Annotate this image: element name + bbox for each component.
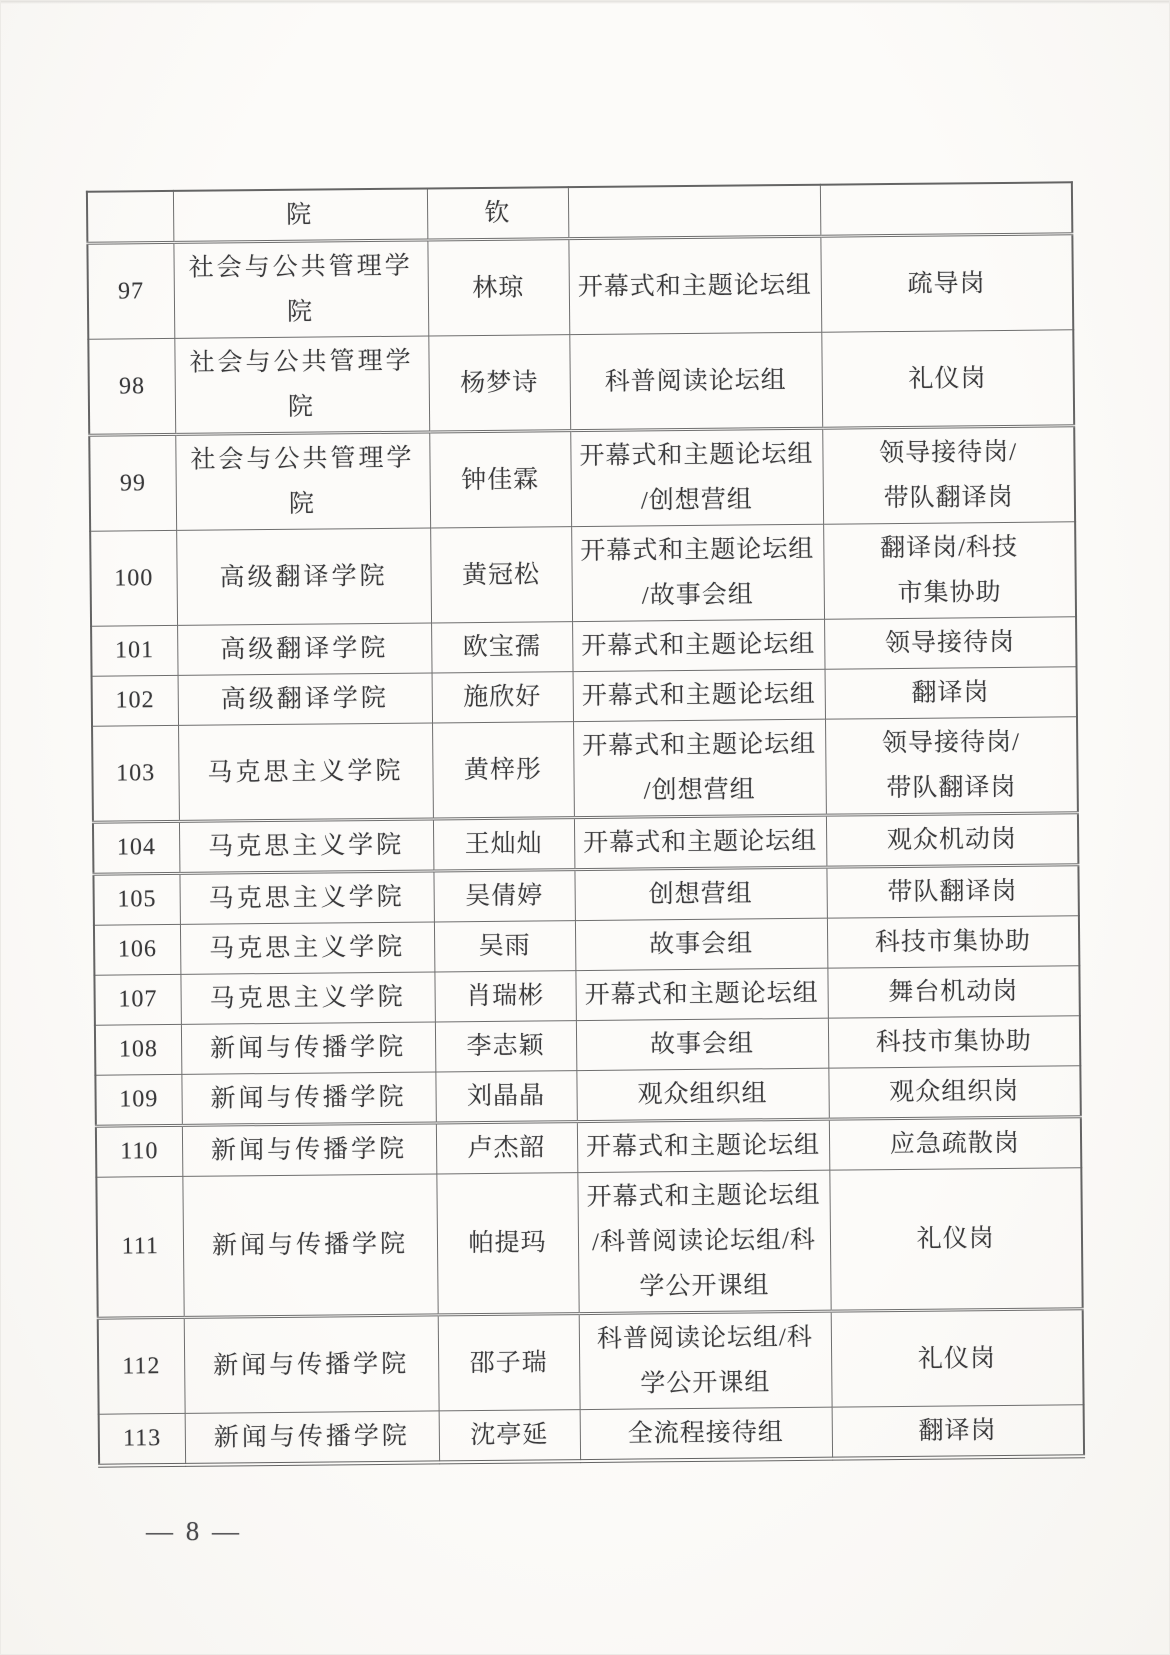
cell-name: 肖瑞彬 <box>434 971 575 1022</box>
cell-college: 马克思主义学院 <box>179 871 433 924</box>
cell-name: 帕提玛 <box>436 1173 578 1315</box>
cell-number: 105 <box>93 873 179 925</box>
cell-group: 开幕式和主题论坛组 <box>572 619 824 671</box>
table-row: 院 钦 <box>87 182 1072 243</box>
cell-position: 应急疏散岗 <box>829 1117 1081 1170</box>
cell-name: 李志颖 <box>435 1021 576 1072</box>
table-row: 112 新闻与传播学院 邵子瑞 科普阅读论坛组/科 学公开课组 礼仪岗 <box>98 1309 1084 1414</box>
cell-college: 社会与公共管理学 院 <box>174 336 429 434</box>
cell-group: 故事会组 <box>576 1018 828 1070</box>
cell-name: 杨梦诗 <box>428 335 570 432</box>
table-row: 104 马克思主义学院 王灿灿 开幕式和主题论坛组 观众机动岗 <box>93 813 1078 874</box>
cell-college: 新闻与传播学院 <box>185 1411 439 1465</box>
table-row: 113 新闻与传播学院 沈亭延 全流程接待组 翻译岗 <box>99 1405 1084 1466</box>
cell-position: 翻译岗/科技 市集协助 <box>823 522 1076 619</box>
table-row: 111 新闻与传播学院 帕提玛 开幕式和主题论坛组 /科普阅读论坛组/科 学公开… <box>96 1168 1082 1318</box>
table-row: 99 社会与公共管理学 院 钟佳霖 开幕式和主题论坛组 /创想营组 领导接待岗/… <box>89 426 1075 531</box>
table-row: 105 马克思主义学院 吴倩婷 创想营组 带队翻译岗 <box>93 865 1078 925</box>
table-row: 100 高级翻译学院 黄冠松 开幕式和主题论坛组 /故事会组 翻译岗/科技 市集… <box>90 522 1076 626</box>
page-number: — 8 — <box>146 1516 242 1547</box>
cell-college: 马克思主义学院 <box>180 922 434 974</box>
cell-group <box>568 185 820 239</box>
cell-position: 礼仪岗 <box>821 330 1074 428</box>
cell-group: 全流程接待组 <box>580 1407 832 1461</box>
cell-position <box>820 182 1072 236</box>
cell-group: 开幕式和主题论坛组 /创想营组 <box>570 428 823 526</box>
cell-name: 黄梓彤 <box>432 722 574 819</box>
cell-group: 开幕式和主题论坛组 /科普阅读论坛组/科 学公开课组 <box>577 1170 830 1313</box>
roster-table-body: 院 钦 97 社会与公共管理学 院 林琼 开幕式和主题论坛组 疏导岗 98 社会… <box>87 182 1084 1465</box>
cell-name: 欧宝孺 <box>431 622 572 673</box>
cell-number: 98 <box>88 338 175 435</box>
cell-number <box>87 191 173 243</box>
cell-college: 社会与公共管理学 院 <box>173 240 428 338</box>
cell-college: 马克思主义学院 <box>180 972 434 1024</box>
cell-position: 疏导岗 <box>820 234 1073 332</box>
cell-number: 107 <box>94 974 180 1025</box>
cell-name: 刘晶晶 <box>435 1071 576 1123</box>
table-row: 109 新闻与传播学院 刘晶晶 观众组织组 观众组织岗 <box>95 1066 1080 1126</box>
cell-name: 王灿灿 <box>433 818 574 871</box>
cell-name: 林琼 <box>427 239 569 336</box>
cell-group: 故事会组 <box>575 918 827 970</box>
cell-position: 礼仪岗 <box>831 1309 1084 1407</box>
cell-number: 108 <box>95 1024 181 1075</box>
cell-group: 科普阅读论坛组/科 学公开课组 <box>579 1311 832 1409</box>
cell-position: 舞台机动岗 <box>827 966 1079 1018</box>
cell-name: 吴雨 <box>434 921 575 972</box>
cell-college: 马克思主义学院 <box>178 723 433 821</box>
table-row: 110 新闻与传播学院 卢杰韶 开幕式和主题论坛组 应急疏散岗 <box>96 1117 1081 1177</box>
cell-group: 观众组织组 <box>576 1068 828 1121</box>
cell-name: 黄冠松 <box>430 527 572 623</box>
cell-number: 106 <box>94 924 180 975</box>
cell-name: 沈亭延 <box>439 1410 580 1463</box>
cell-position: 科技市集协助 <box>828 1016 1080 1068</box>
cell-number: 111 <box>96 1176 183 1318</box>
cell-group: 开幕式和主题论坛组 <box>574 815 826 869</box>
table-row: 103 马克思主义学院 黄梓彤 开幕式和主题论坛组 /创想营组 领导接待岗/ 带… <box>92 717 1078 822</box>
cell-number: 109 <box>95 1074 181 1126</box>
cell-position: 带队翻译岗 <box>826 865 1078 918</box>
cell-position: 领导接待岗/ 带队翻译岗 <box>822 426 1075 524</box>
cell-number: 102 <box>92 675 178 726</box>
cell-college: 新闻与传播学院 <box>182 1123 436 1176</box>
cell-position: 领导接待岗/ 带队翻译岗 <box>825 717 1078 815</box>
cell-number: 110 <box>96 1125 182 1177</box>
cell-group: 开幕式和主题论坛组 <box>577 1119 829 1172</box>
cell-position: 翻译岗 <box>832 1405 1084 1459</box>
cell-name: 邵子瑞 <box>438 1314 580 1411</box>
cell-number: 101 <box>91 625 177 676</box>
cell-position: 观众组织岗 <box>828 1066 1080 1119</box>
cell-group: 开幕式和主题论坛组 <box>568 236 821 334</box>
cell-position: 科技市集协助 <box>827 916 1079 968</box>
cell-college: 新闻与传播学院 <box>184 1315 439 1413</box>
cell-college: 新闻与传播学院 <box>181 1022 435 1074</box>
cell-position: 观众机动岗 <box>826 813 1078 867</box>
cell-number: 99 <box>89 434 176 531</box>
cell-college: 院 <box>173 188 427 242</box>
table-row: 97 社会与公共管理学 院 林琼 开幕式和主题论坛组 疏导岗 <box>87 234 1073 339</box>
cell-college: 高级翻译学院 <box>178 673 432 725</box>
cell-number: 112 <box>98 1317 185 1414</box>
cell-name: 施欣好 <box>432 672 573 723</box>
cell-number: 104 <box>93 821 179 874</box>
cell-number: 113 <box>99 1413 185 1465</box>
cell-college: 新闻与传播学院 <box>182 1174 437 1317</box>
cell-number: 100 <box>90 530 177 626</box>
cell-college: 社会与公共管理学 院 <box>175 432 430 530</box>
cell-group: 开幕式和主题论坛组 <box>575 968 827 1020</box>
cell-number: 103 <box>92 725 179 822</box>
cell-college: 高级翻译学院 <box>177 623 431 675</box>
cell-position: 礼仪岗 <box>829 1168 1082 1311</box>
document-page: 院 钦 97 社会与公共管理学 院 林琼 开幕式和主题论坛组 疏导岗 98 社会… <box>0 0 1170 1655</box>
table-row: 98 社会与公共管理学 院 杨梦诗 科普阅读论坛组 礼仪岗 <box>88 330 1074 435</box>
cell-name: 卢杰韶 <box>436 1122 577 1174</box>
cell-name: 吴倩婷 <box>433 870 574 922</box>
cell-position: 翻译岗 <box>825 667 1077 719</box>
cell-name: 钟佳霖 <box>429 431 571 528</box>
cell-number: 97 <box>87 242 174 339</box>
cell-group: 开幕式和主题论坛组 <box>573 669 825 721</box>
personnel-roster-table: 院 钦 97 社会与公共管理学 院 林琼 开幕式和主题论坛组 疏导岗 98 社会… <box>86 181 1085 1467</box>
cell-college: 高级翻译学院 <box>176 528 431 625</box>
cell-position: 领导接待岗 <box>824 617 1076 669</box>
cell-college: 新闻与传播学院 <box>181 1072 435 1125</box>
cell-group: 开幕式和主题论坛组 /创想营组 <box>573 719 826 817</box>
cell-group: 开幕式和主题论坛组 /故事会组 <box>571 524 824 621</box>
cell-college: 马克思主义学院 <box>179 819 433 873</box>
cell-group: 创想营组 <box>574 867 826 920</box>
cell-group: 科普阅读论坛组 <box>569 332 822 430</box>
cell-name: 钦 <box>427 187 568 240</box>
